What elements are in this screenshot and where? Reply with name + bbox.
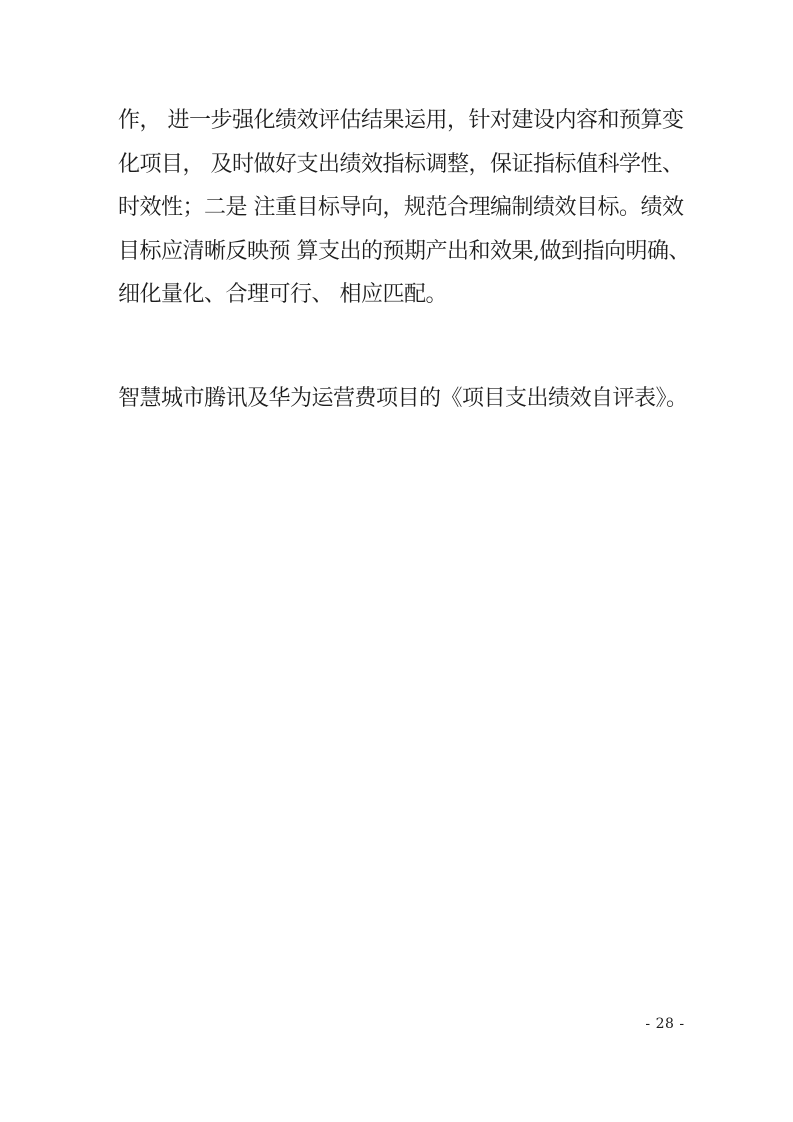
- paragraph-1-line-2: 化项目， 及时做好支出绩效指标调整，保证指标值科学性、: [118, 143, 684, 187]
- paragraph-1-line-3: 时效性；二是 注重目标导向，规范合理编制绩效目标。绩效: [118, 186, 684, 230]
- body-paragraph-2: 智慧城市腾讯及华为运营费项目的《项目支出绩效自评表》。: [118, 377, 684, 421]
- page-number: - 28 -: [640, 1014, 690, 1034]
- paragraph-1-line-1: 作， 进一步强化绩效评估结果运用，针对建设内容和预算变: [118, 99, 684, 143]
- paragraph-1-line-5: 细化量化、合理可行、 相应匹配。: [118, 273, 684, 317]
- body-paragraph-1: 作， 进一步强化绩效评估结果运用，针对建设内容和预算变 化项目， 及时做好支出绩…: [118, 99, 684, 317]
- paragraph-2-line-1: 智慧城市腾讯及华为运营费项目的《项目支出绩效自评表》。: [118, 377, 684, 421]
- document-page: 作， 进一步强化绩效评估结果运用，针对建设内容和预算变 化项目， 及时做好支出绩…: [0, 0, 793, 1122]
- paragraph-1-line-4: 目标应清晰反映预 算支出的预期产出和效果,做到指向明确、: [118, 230, 684, 274]
